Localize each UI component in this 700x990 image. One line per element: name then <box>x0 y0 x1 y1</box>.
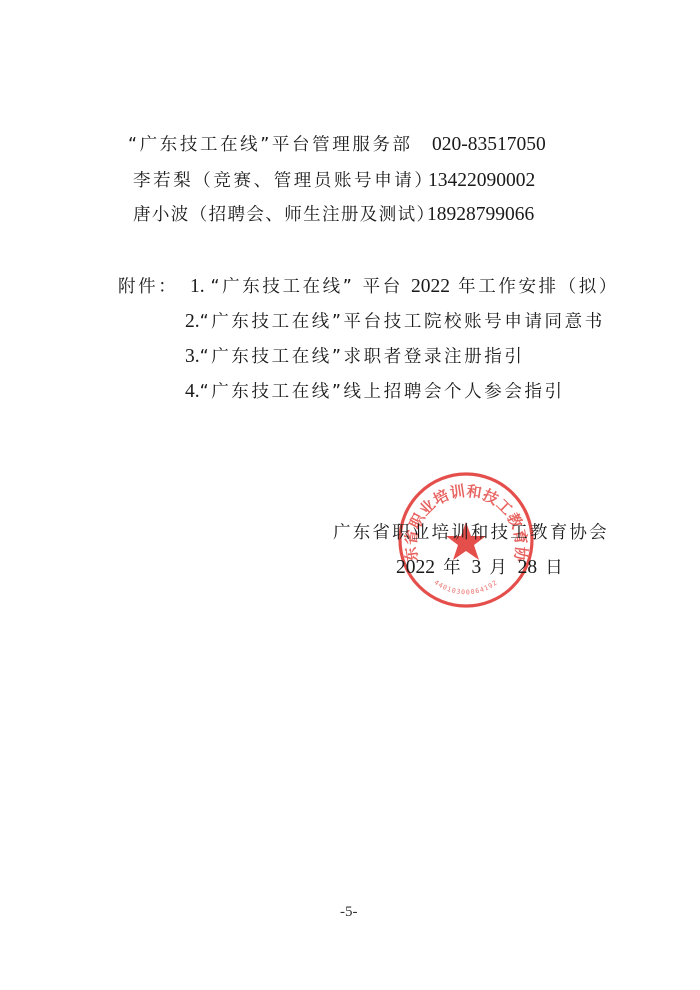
date-day-char: 日 <box>537 558 565 578</box>
attachment-num: 3. <box>185 346 200 367</box>
attachment-item-1: 1. “广东技工在线” 平台 2022 年工作安排（拟） <box>190 275 619 299</box>
attachment-text-post: 年工作安排（拟） <box>450 277 619 297</box>
attachments-label: 附件： <box>118 275 178 299</box>
date-year: 2022 <box>396 557 435 578</box>
attachment-text: “广东技工在线” 平台 <box>211 277 411 297</box>
signature-date: 2022 年 3 月 28 日 <box>396 556 565 580</box>
contact-tang-phone: 18928799066 <box>427 203 534 227</box>
attachment-text: “广东技工在线”平台技工院校账号申请同意书 <box>200 312 605 332</box>
date-day: 28 <box>518 557 538 578</box>
attachment-num: 1. <box>190 276 205 297</box>
contact-dept-phone: 020-83517050 <box>432 133 546 157</box>
attachment-item-3: 3.“广东技工在线”求职者登录注册指引 <box>185 345 524 369</box>
signature-org: 广东省职业培训和技工教育协会 <box>333 521 609 545</box>
contact-dept: “广东技工在线”平台管理服务部 <box>128 133 413 157</box>
date-year-char: 年 <box>435 558 471 578</box>
contact-li: 李若梨（竞赛、管理员账号申请） <box>133 169 435 193</box>
attachment-item-4: 4.“广东技工在线”线上招聘会个人参会指引 <box>185 380 565 404</box>
date-month-char: 月 <box>481 558 517 578</box>
contact-tang: 唐小波（招聘会、师生注册及测试） <box>133 203 435 227</box>
svg-text:44010300064192: 44010300064192 <box>433 578 500 596</box>
attachment-item-2: 2.“广东技工在线”平台技工院校账号申请同意书 <box>185 310 605 334</box>
contact-li-phone: 13422090002 <box>428 169 535 193</box>
page-number: -5- <box>340 904 358 921</box>
attachment-num: 2. <box>185 311 200 332</box>
attachment-text: “广东技工在线”线上招聘会个人参会指引 <box>200 382 565 402</box>
attachment-num: 4. <box>185 381 200 402</box>
attachment-year: 2022 <box>411 276 450 297</box>
date-month: 3 <box>471 557 481 578</box>
attachment-text: “广东技工在线”求职者登录注册指引 <box>200 347 525 367</box>
stamp-code-text: 44010300064192 <box>433 578 500 596</box>
